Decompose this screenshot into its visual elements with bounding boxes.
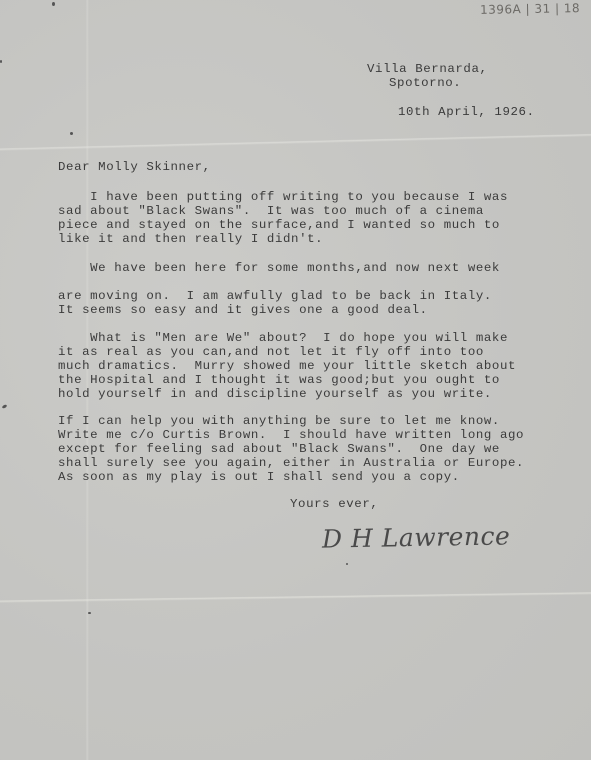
paper-speck	[346, 563, 348, 565]
paragraph-line: What is "Men are We" about? I do hope yo…	[58, 331, 508, 345]
paragraph-line: If I can help you with anything be sure …	[58, 414, 500, 428]
paragraph-line: shall surely see you again, either in Au…	[58, 456, 524, 470]
paragraph-line: hold yourself in and discipline yourself…	[58, 387, 492, 401]
archive-reference: 1396A | 31 | 18	[480, 1, 580, 17]
paragraph-line: the Hospital and I thought it was good;b…	[58, 373, 500, 387]
paragraph-line: it as real as you can,and not let it fly…	[58, 345, 484, 359]
letter-paper: 1396A | 31 | 18 Villa Bernarda, Spotorno…	[0, 0, 591, 760]
paper-speck	[52, 2, 55, 6]
paragraph-line: I have been putting off writing to you b…	[58, 190, 508, 204]
closing: Yours ever,	[290, 497, 378, 511]
paragraph-line: like it and then really I didn't.	[58, 232, 323, 246]
paragraph-line: As soon as my play is out I shall send y…	[58, 470, 460, 484]
paper-speck	[0, 60, 2, 63]
paper-speck	[70, 132, 73, 135]
address-line-2: Spotorno.	[389, 76, 461, 90]
paragraph-line: much dramatics. Murry showed me your lit…	[58, 359, 516, 373]
paragraph-line: piece and stayed on the surface,and I wa…	[58, 218, 500, 232]
letter-date: 10th April, 1926.	[398, 105, 535, 119]
salutation: Dear Molly Skinner,	[58, 160, 211, 174]
paragraph-line: sad about "Black Swans". It was too much…	[58, 204, 484, 218]
address-line-1: Villa Bernarda,	[367, 62, 488, 76]
paragraph-line: We have been here for some months,and no…	[58, 261, 500, 275]
paper-speck	[88, 612, 91, 614]
paper-speck	[2, 404, 8, 409]
paragraph-line: except for feeling sad about "Black Swan…	[58, 442, 500, 456]
signature: D H Lawrence	[322, 521, 511, 553]
paragraph-line: are moving on. I am awfully glad to be b…	[58, 289, 492, 303]
paragraph-line: It seems so easy and it gives one a good…	[58, 303, 428, 317]
paragraph-line: Write me c/o Curtis Brown. I should have…	[58, 428, 524, 442]
